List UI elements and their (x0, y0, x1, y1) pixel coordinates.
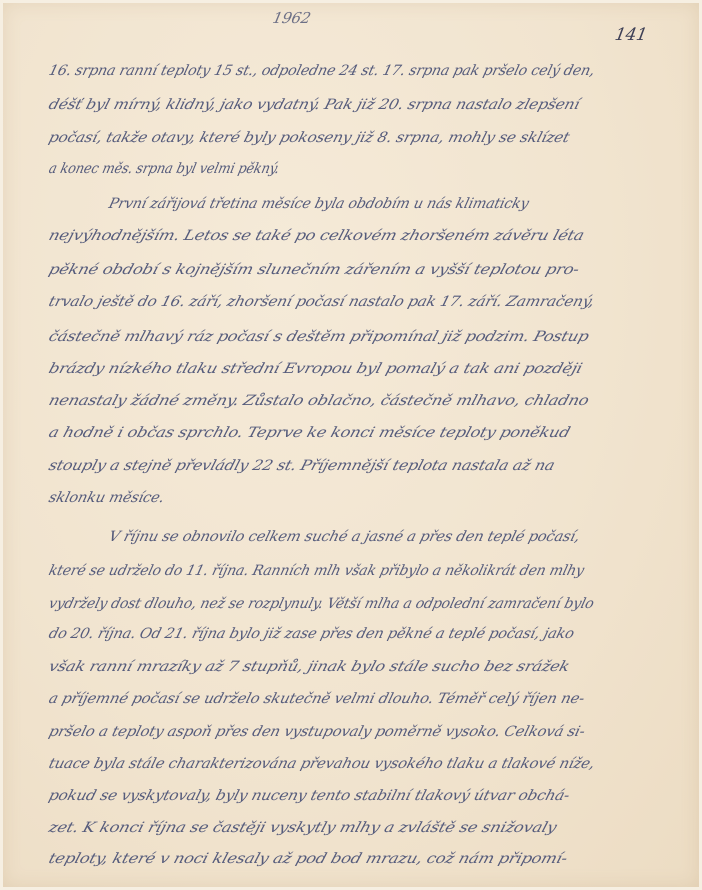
text-line: déšť byl mírný, klidný, jako vydatný. Pa… (47, 97, 581, 113)
text-line: vydržely dost dlouho, než se rozplynuly.… (47, 596, 595, 612)
text-line: trvalo ještě do 16. září, zhoršení počas… (47, 294, 596, 310)
text-line: V říjnu se obnovilo celkem suché a jasné… (107, 529, 581, 545)
text-line: pršelo a teploty aspoň přes den vystupov… (47, 724, 587, 740)
text-line: počasí, takže otavy, které byly pokoseny… (47, 130, 571, 146)
text-line: stouply a stejně převládly 22 st. Příjem… (47, 458, 557, 474)
text-line: částečně mlhavý ráz počasí s deštěm přip… (47, 329, 591, 345)
text-line: zet. K konci října se častěji vyskytly m… (47, 820, 559, 836)
text-line: však ranní mrazíky až 7 stupňů, jinak by… (47, 659, 572, 675)
text-line: sklonku měsíce. (47, 490, 166, 506)
text-line: pokud se vyskytovaly, byly nuceny tento … (47, 788, 571, 804)
text-line: a hodně i občas sprchlo. Teprve ke konci… (47, 425, 572, 441)
text-line: První zářijová třetina měsíce byla obdob… (107, 196, 530, 212)
page-number: 141 (613, 25, 648, 45)
text-line: do 20. října. Od 21. října bylo již zase… (47, 626, 576, 642)
year-heading: 1962 (271, 9, 312, 27)
text-line: které se udrželo do 11. října. Ranních m… (47, 563, 586, 579)
document-page: 1962 141 16. srpna ranní teploty 15 st.,… (3, 3, 699, 887)
text-line: brázdy nízkého tlaku střední Evropou byl… (47, 361, 584, 377)
text-line: nejvýhodnějším. Letos se také po celkové… (47, 228, 586, 244)
text-line: nenastaly žádné změny. Zůstalo oblačno, … (47, 393, 591, 409)
text-line: tuace byla stále charakterizována převah… (47, 756, 596, 772)
text-line: a příjemné počasí se udrželo skutečně ve… (47, 691, 586, 707)
text-line: a konec měs. srpna byl velmi pěkný. (47, 161, 281, 177)
text-line: pěkné období s kojnějším slunečním zářen… (47, 262, 581, 278)
text-line: 16. srpna ranní teploty 15 st., odpoledn… (47, 63, 596, 79)
text-line: teploty, které v noci klesaly až pod bod… (47, 851, 569, 867)
